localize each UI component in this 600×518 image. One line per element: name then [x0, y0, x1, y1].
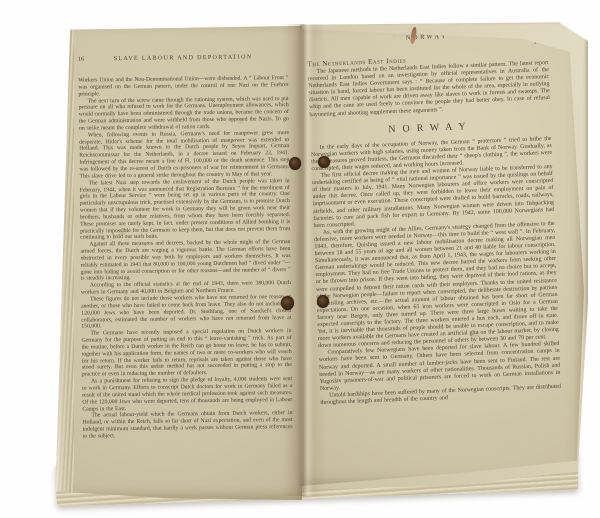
- paragraph: The latest Nazi step towards the enslave…: [80, 178, 291, 242]
- paragraph: The next turn of the screw came through …: [79, 96, 289, 133]
- norway-paragraphs: In the early days of the occupation of N…: [311, 136, 562, 408]
- book-photo: 16 SLAVE LABOUR AND DEPORTATION Workers …: [0, 0, 600, 518]
- left-running-header: 16 SLAVE LABOUR AND DEPORTATION: [78, 54, 288, 63]
- paragraph: As, with the growing might of the Allies…: [314, 221, 559, 351]
- paragraph: The Germans have recently imposed a spec…: [81, 328, 292, 378]
- left-running-title: SLAVE LABOUR AND DEPORTATION: [98, 54, 268, 62]
- left-page-number: 16: [78, 56, 98, 62]
- section-paragraphs: The Japanese methods in the Netherlands …: [308, 60, 551, 119]
- right-page: SLAVE LABOUR AND DEPORTATION NORWAY 17 T…: [300, 24, 584, 486]
- paragraph: The Japanese methods in the Netherlands …: [308, 60, 551, 119]
- paragraph: As a punishment for refusing to sign the…: [82, 376, 292, 413]
- paragraph: When, following events in Russia, German…: [79, 130, 290, 180]
- right-page-content: SLAVE LABOUR AND DEPORTATION NORWAY 17 T…: [293, 14, 595, 487]
- wormhole: [281, 296, 294, 310]
- left-page: 16 SLAVE LABOUR AND DEPORTATION Workers …: [54, 22, 302, 500]
- wormhole: [317, 295, 329, 308]
- left-page-content: 16 SLAVE LABOUR AND DEPORTATION Workers …: [52, 20, 306, 501]
- wormhole: [289, 157, 301, 170]
- wormhole: [318, 156, 330, 168]
- left-page-paragraphs: Workers Union and the Non-Denominational…: [78, 75, 292, 440]
- paragraph: Against all these measures and decrees, …: [80, 239, 290, 283]
- chapter-heading-norway: NORWAY: [310, 118, 551, 138]
- paragraph: The actual labour-yield which the German…: [82, 410, 292, 440]
- paragraph: These figures do not include those worke…: [81, 294, 291, 331]
- paragraph: Workers Union and the Non-Denominational…: [78, 75, 288, 98]
- paragraph: The first official decree making the men…: [312, 164, 555, 230]
